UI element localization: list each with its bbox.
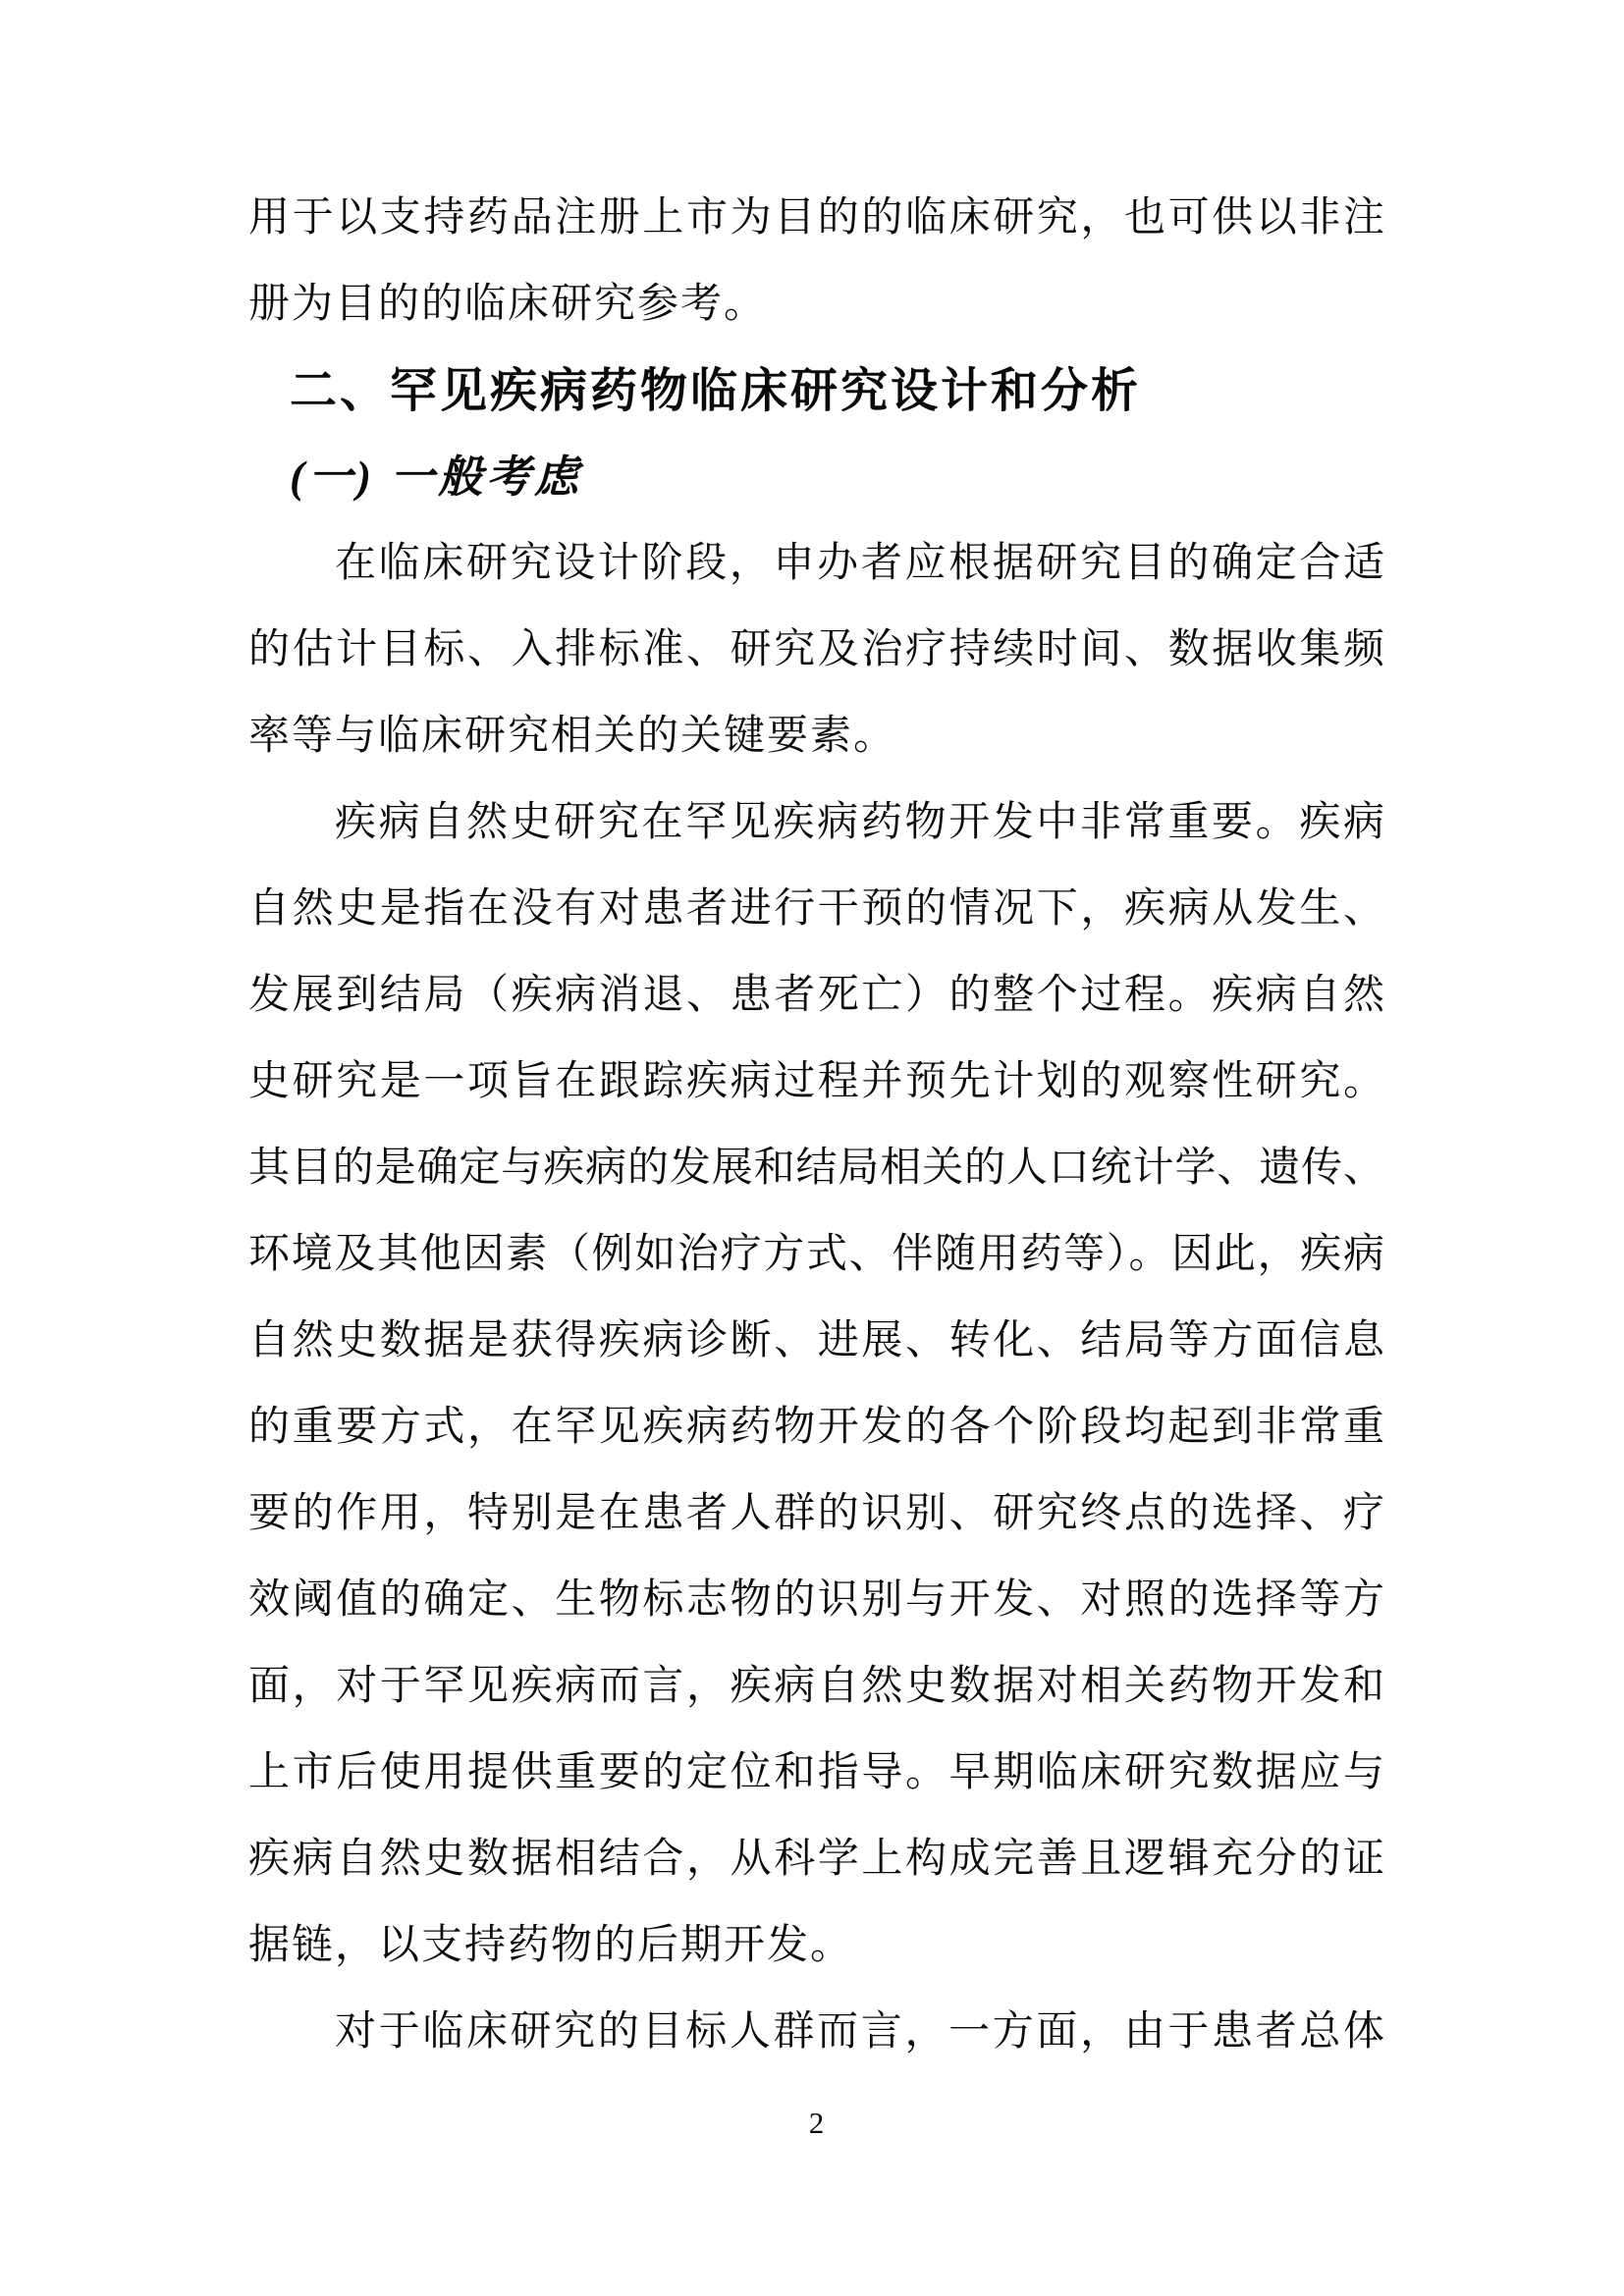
body-line: 环境及其他因素（例如治疗方式、伴随用药等）。因此，疾病 xyxy=(248,1211,1384,1298)
body-line: 要的作用，特别是在患者人群的识别、研究终点的选择、疗 xyxy=(248,1470,1384,1557)
body-line: 用于以支持药品注册上市为目的的临床研究，也可供以非注 xyxy=(248,175,1384,261)
subsection-heading: (一) 一般考虑 xyxy=(248,434,1384,520)
body-line: 上市后使用提供重要的定位和指导。早期临床研究数据应与 xyxy=(248,1730,1384,1816)
body-line: 面，对于罕见疾病而言，疾病自然史数据对相关药物开发和 xyxy=(248,1643,1384,1730)
body-line: 疾病自然史数据相结合，从科学上构成完善且逻辑充分的证 xyxy=(248,1816,1384,1902)
section-heading: 二、罕见疾病药物临床研究设计和分析 xyxy=(248,347,1384,434)
body-line: 史研究是一项旨在跟踪疾病过程并预先计划的观察性研究。 xyxy=(248,1039,1384,1125)
body-line: 自然史数据是获得疾病诊断、进展、转化、结局等方面信息 xyxy=(248,1298,1384,1384)
body-line: 的估计目标、入排标准、研究及治疗持续时间、数据收集频 xyxy=(248,607,1384,693)
body-line: 在临床研究设计阶段，申办者应根据研究目的确定合适 xyxy=(248,520,1384,607)
body-line: 疾病自然史研究在罕见疾病药物开发中非常重要。疾病 xyxy=(248,779,1384,866)
body-line: 自然史是指在没有对患者进行干预的情况下，疾病从发生、 xyxy=(248,866,1384,952)
page-text: 用于以支持药品注册上市为目的的临床研究，也可供以非注 册为目的的临床研究参考。 … xyxy=(248,175,1384,2075)
body-line: 册为目的的临床研究参考。 xyxy=(248,261,1384,347)
document-page: 用于以支持药品注册上市为目的的临床研究，也可供以非注 册为目的的临床研究参考。 … xyxy=(0,0,1624,2296)
body-line: 据链，以支持药物的后期开发。 xyxy=(248,1902,1384,1989)
body-line: 对于临床研究的目标人群而言，一方面，由于患者总体 xyxy=(248,1989,1384,2075)
body-line: 率等与临床研究相关的关键要素。 xyxy=(248,693,1384,779)
page-number: 2 xyxy=(248,2099,1384,2148)
body-line: 的重要方式，在罕见疾病药物开发的各个阶段均起到非常重 xyxy=(248,1384,1384,1470)
body-line: 效阈值的确定、生物标志物的识别与开发、对照的选择等方 xyxy=(248,1557,1384,1643)
body-line: 发展到结局（疾病消退、患者死亡）的整个过程。疾病自然 xyxy=(248,952,1384,1039)
body-line: 其目的是确定与疾病的发展和结局相关的人口统计学、遗传、 xyxy=(248,1125,1384,1211)
